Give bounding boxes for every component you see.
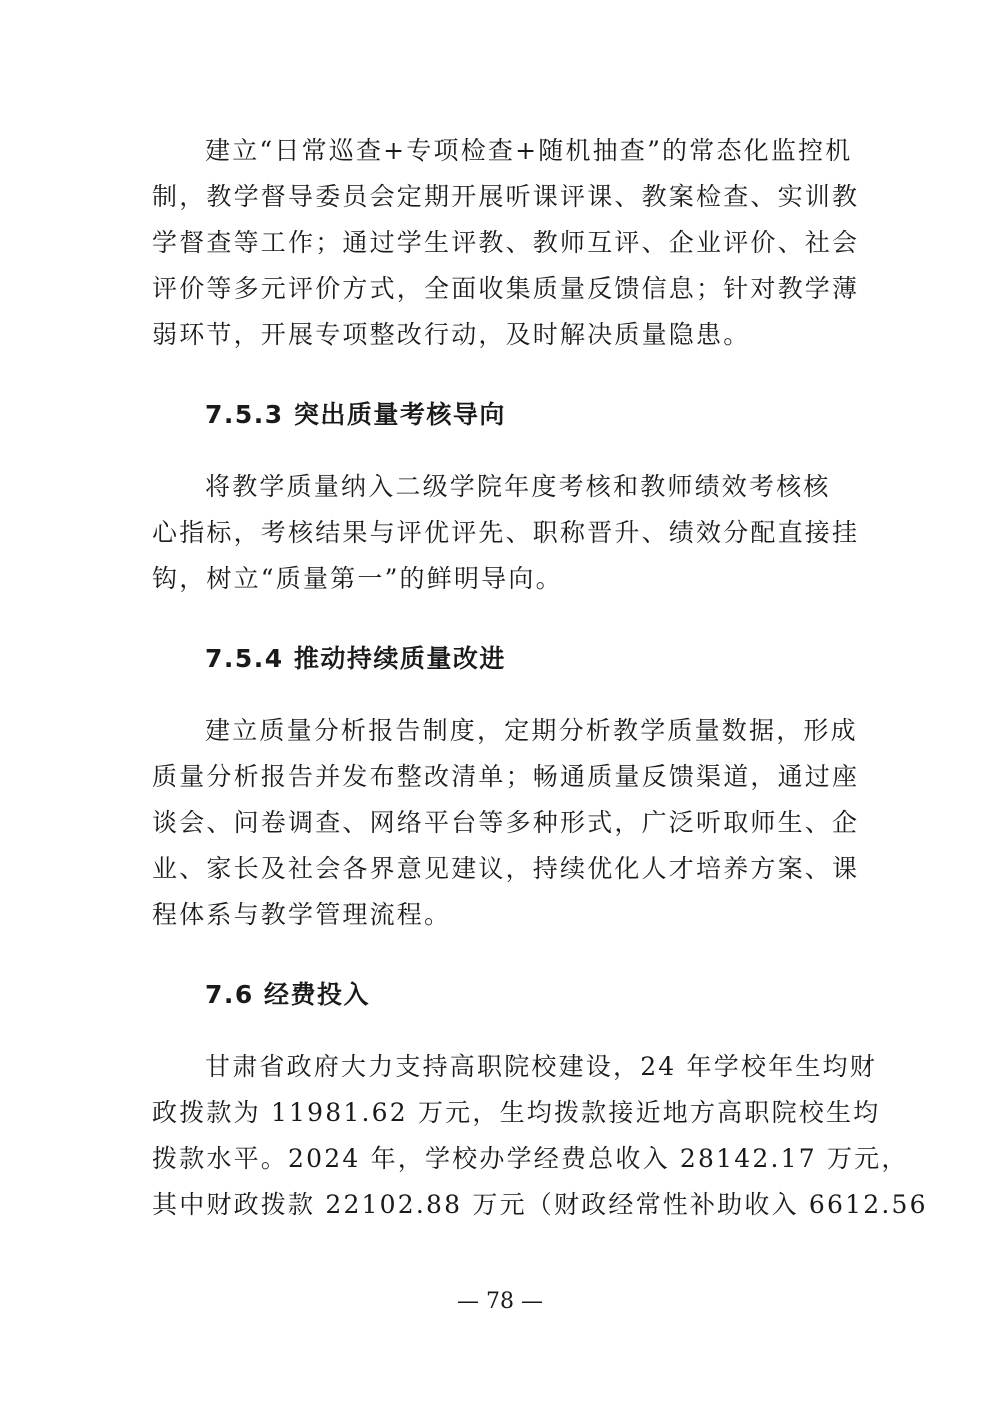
text-line: 质量分析报告并发布整改清单；畅通质量反馈渠道，通过座 bbox=[152, 762, 852, 792]
text-line: 业、家长及社会各界意见建议，持续优化人才培养方案、课 bbox=[152, 854, 852, 884]
text-line: 制，教学督导委员会定期开展听课评课、教案检查、实训教 bbox=[152, 182, 852, 212]
text-line: 建立“日常巡查+专项检查+随机抽查”的常态化监控机 bbox=[205, 136, 850, 166]
text-line: 建立质量分析报告制度，定期分析教学质量数据，形成 bbox=[205, 716, 850, 746]
section-heading-7-6: 7.6 经费投入 bbox=[205, 980, 370, 1010]
page-number: — 78 — bbox=[0, 1287, 1000, 1317]
text-line: 学督查等工作；通过学生评教、教师互评、企业评价、社会 bbox=[152, 228, 852, 258]
text-line: 程体系与教学管理流程。 bbox=[152, 900, 852, 930]
text-line: 谈会、问卷调查、网络平台等多种形式，广泛听取师生、企 bbox=[152, 808, 852, 838]
text-line: 心指标，考核结果与评优评先、职称晋升、绩效分配直接挂 bbox=[152, 518, 852, 548]
text-line: 评价等多元评价方式，全面收集质量反馈信息；针对教学薄 bbox=[152, 274, 852, 304]
text-line: 政拨款为 11981.62 万元，生均拨款接近地方高职院校生均 bbox=[152, 1098, 852, 1128]
text-line: 弱环节，开展专项整改行动，及时解决质量隐患。 bbox=[152, 320, 852, 350]
text-line: 其中财政拨款 22102.88 万元（财政经常性补助收入 6612.56 bbox=[152, 1190, 852, 1220]
text-line: 将教学质量纳入二级学院年度考核和教师绩效考核核 bbox=[205, 472, 850, 502]
text-line: 钩，树立“质量第一”的鲜明导向。 bbox=[152, 564, 852, 594]
text-line: 拨款水平。2024 年，学校办学经费总收入 28142.17 万元， bbox=[152, 1144, 852, 1174]
section-heading-7-5-4: 7.5.4 推动持续质量改进 bbox=[205, 644, 506, 674]
text-line: 甘肃省政府大力支持高职院校建设，24 年学校年生均财 bbox=[205, 1052, 850, 1082]
section-heading-7-5-3: 7.5.3 突出质量考核导向 bbox=[205, 400, 506, 430]
